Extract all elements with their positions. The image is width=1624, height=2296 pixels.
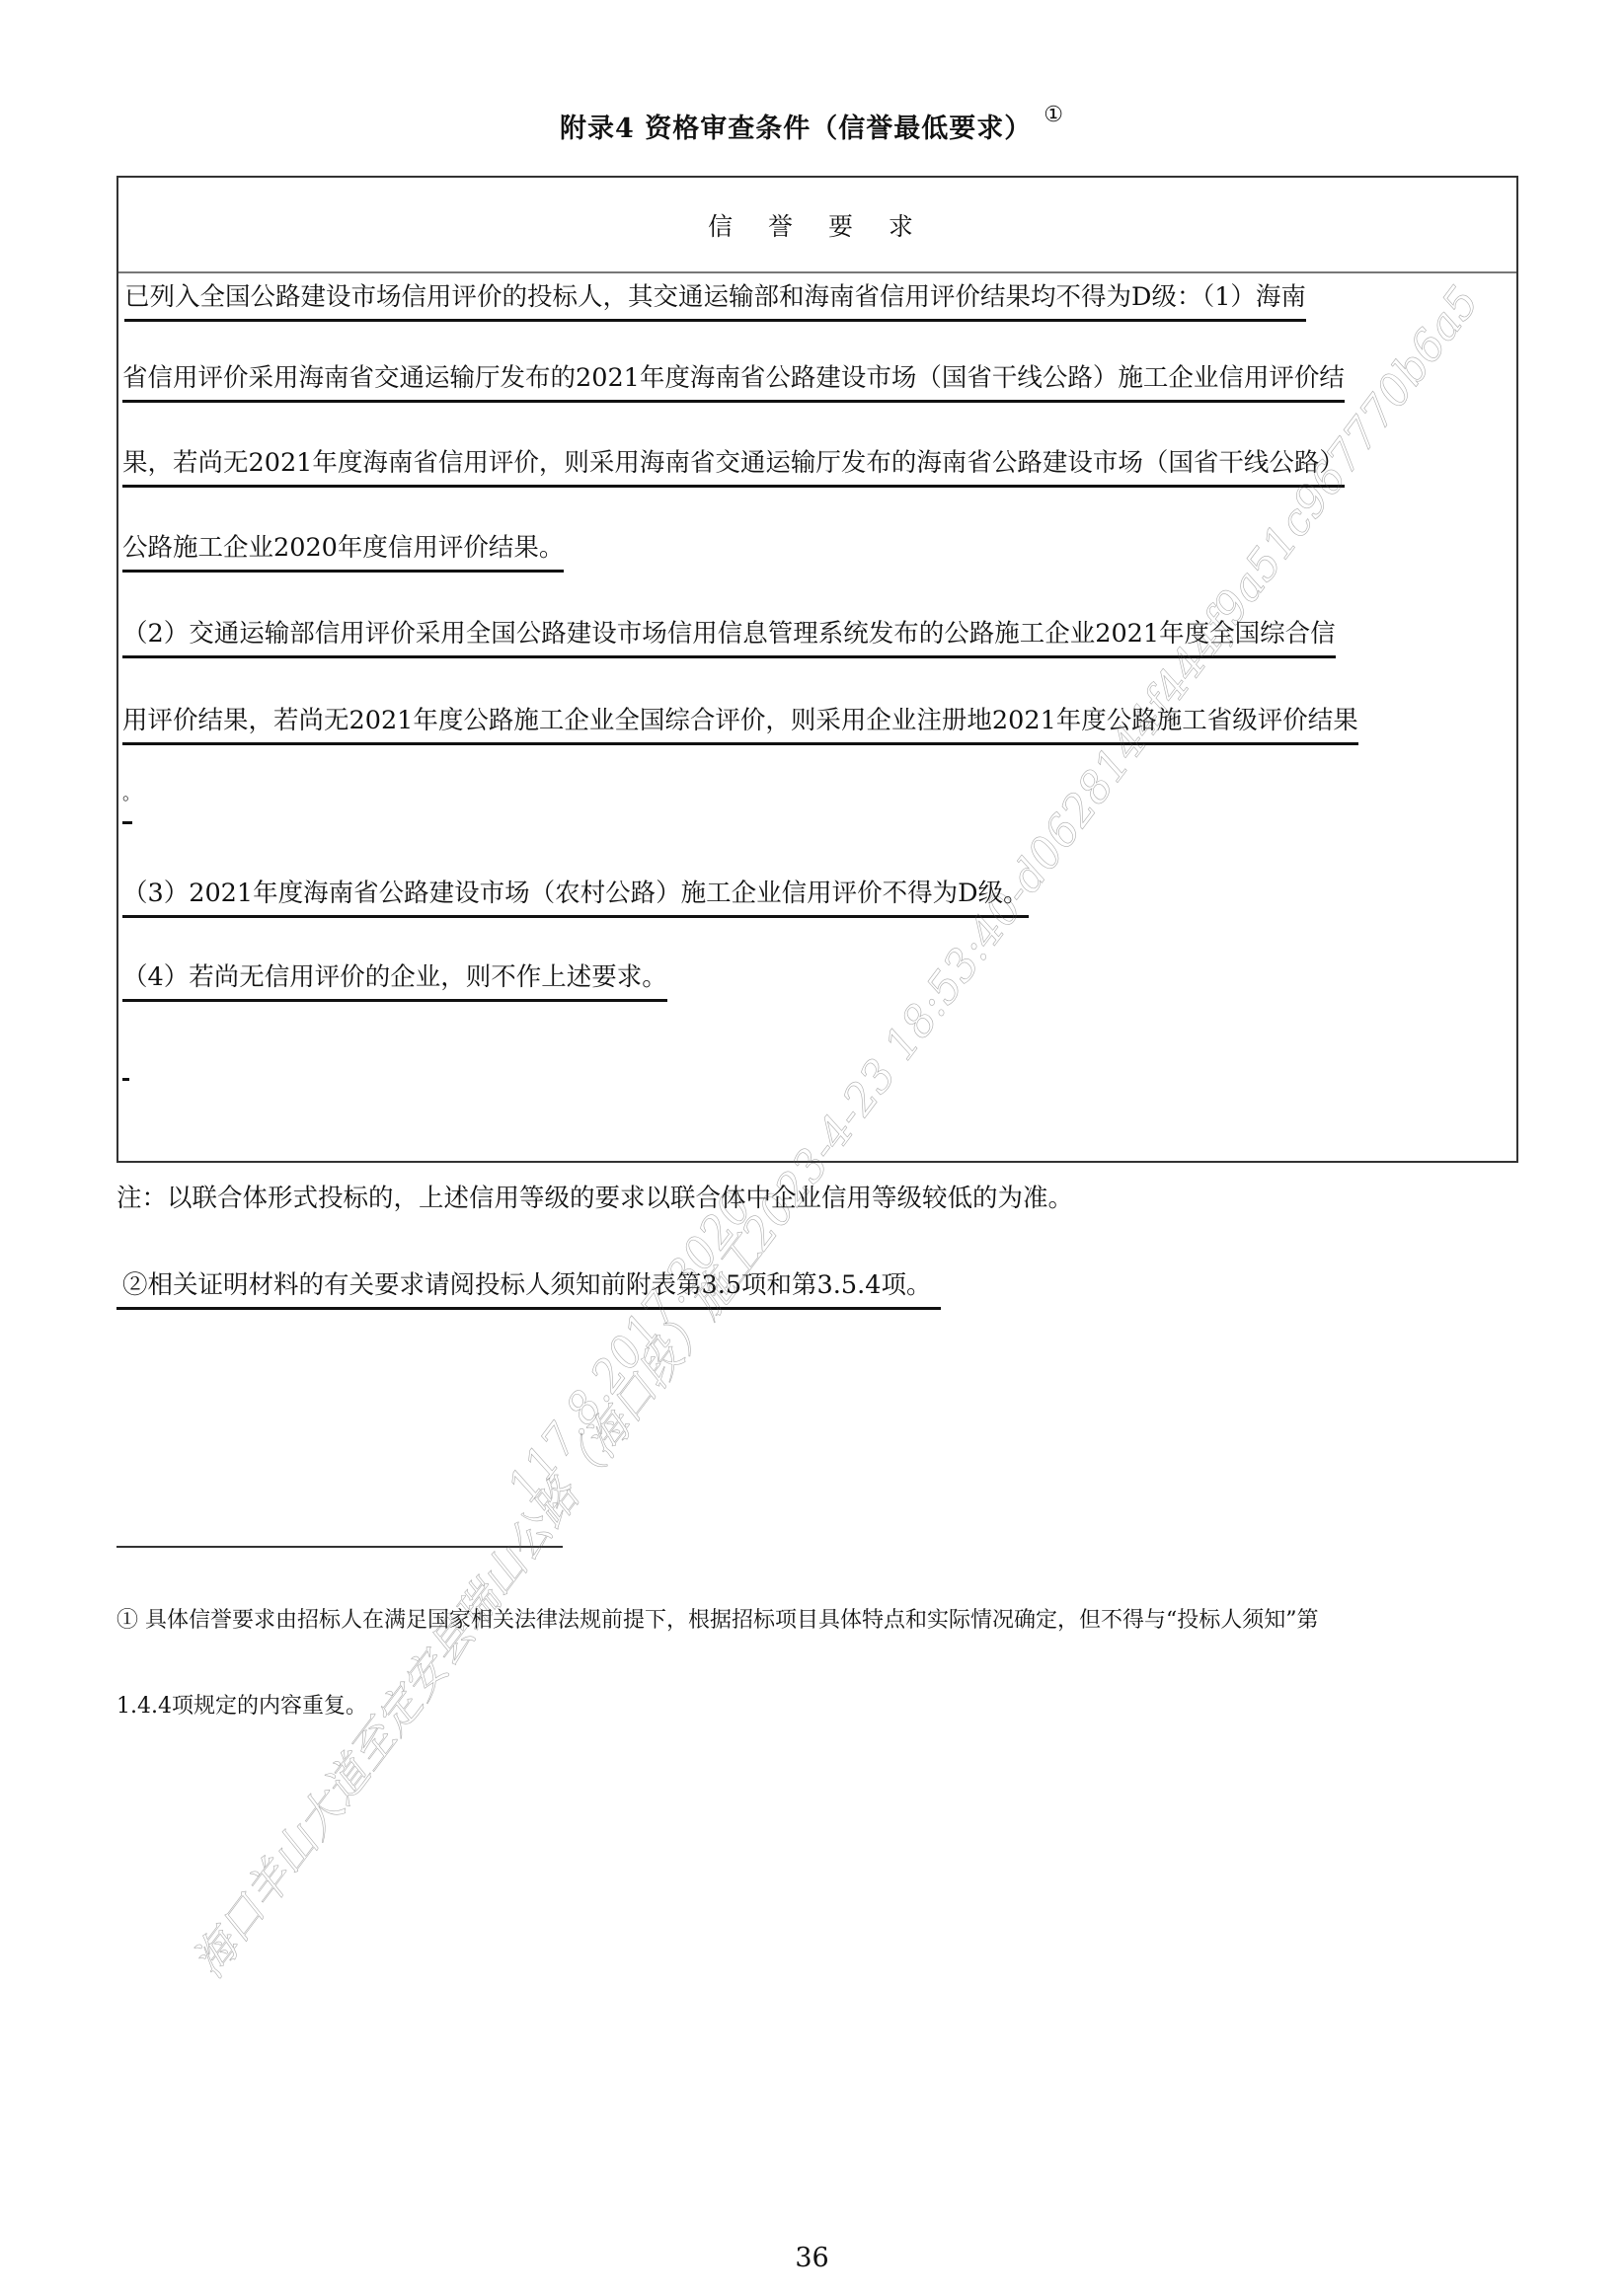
footnote-line: 1.4.4项规定的内容重复。 xyxy=(116,1690,367,1723)
title-text: 附录4 资格审查条件（信誉最低要求） xyxy=(560,114,1032,144)
requirement-line: 用评价结果，若尚无2021年度公路施工企业全国综合评价，则采用企业注册地2021… xyxy=(122,701,1358,745)
credit-requirements-table: 信 誉 要 求 已列入全国公路建设市场信用评价的投标人，其交通运输部和海南省信用… xyxy=(116,176,1518,1163)
watermark-line-2: 117.8.2017.3020 xyxy=(498,1184,762,1511)
requirement-line: （3）2021年度海南省公路建设市场（农村公路）施工企业信用评价不得为D级。 xyxy=(122,874,1029,918)
requirement-line: 省信用评价采用海南省交通运输厅发布的2021年度海南省公路建设市场（国省干线公路… xyxy=(122,358,1345,403)
requirement-line: 已列入全国公路建设市场信用评价的投标人，其交通运输部和海南省信用评价结果均不得为… xyxy=(124,277,1306,322)
requirement-line: （4）若尚无信用评价的企业，则不作上述要求。 xyxy=(122,957,667,1002)
consortium-note: 注：以联合体形式投标的，上述信用等级的要求以联合体中企业信用等级较低的为准。 xyxy=(116,1179,1073,1218)
page-number: 36 xyxy=(0,2243,1624,2273)
table-header: 信 誉 要 求 xyxy=(118,178,1516,273)
requirement-line: （2）交通运输部信用评价采用全国公路建设市场信用信息管理系统发布的公路施工企业2… xyxy=(122,614,1336,658)
evidence-note: ②相关证明材料的有关要求请阅投标人须知前附表第3.5项和第3.5.4项。 xyxy=(116,1265,941,1310)
requirement-line: 公路施工企业2020年度信用评价结果。 xyxy=(122,528,564,573)
title-footnote-marker: ① xyxy=(1044,103,1064,127)
footnote-separator xyxy=(116,1546,563,1548)
page-title: 附录4 资格审查条件（信誉最低要求）① xyxy=(0,107,1624,145)
underline-mark xyxy=(122,821,132,824)
requirement-line: 果，若尚无2021年度海南省信用评价，则采用海南省交通运输厅发布的海南省公路建设… xyxy=(122,443,1345,488)
requirement-line: 。 xyxy=(122,775,140,816)
underline-mark xyxy=(122,1078,129,1081)
footnote-line: ① 具体信誉要求由招标人在满足国家相关法律法规前提下，根据招标项目具体特点和实际… xyxy=(116,1604,1319,1638)
